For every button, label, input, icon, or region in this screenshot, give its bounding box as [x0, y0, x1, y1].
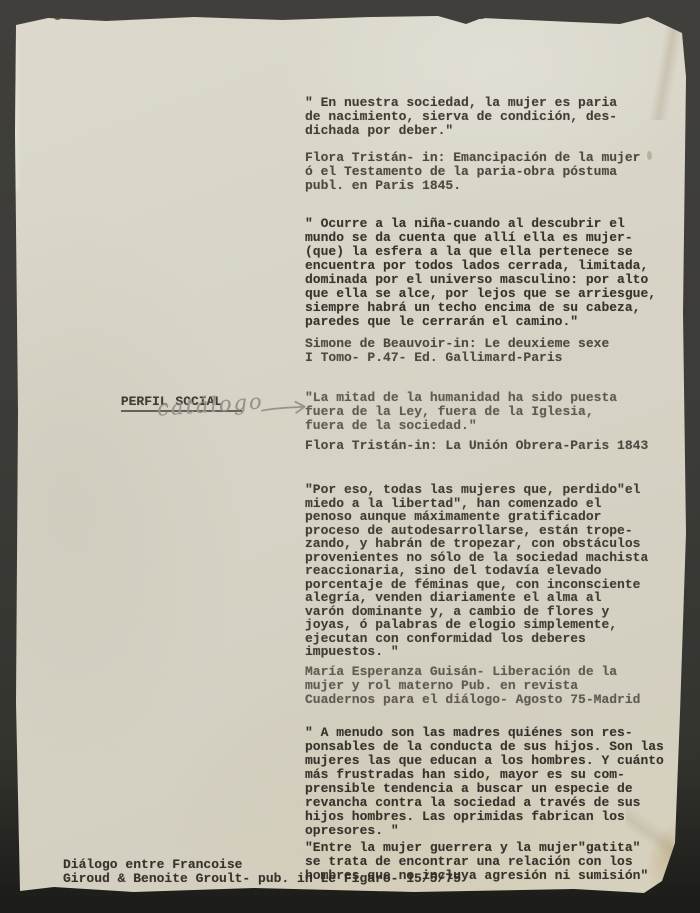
paper-speck	[54, 15, 61, 20]
handwritten-note-catalogo: catálogo	[156, 390, 264, 419]
source-maria-esperanza-guisan: María Esperanza Guisán- Liberación de la…	[305, 665, 640, 707]
quote-simone-de-beauvoir: " Ocurre a la niña-cuando al descubrir e…	[305, 217, 656, 329]
paper-edge-highlight	[14, 41, 21, 191]
paper-speck	[610, 16, 618, 21]
quote-flora-tristan-paria: " En nuestra sociedad, la mujer es paria…	[305, 96, 617, 138]
paper-edge-nick	[469, 13, 487, 19]
quote-madres-responsables: " A menudo son las madres quiénes son re…	[305, 726, 664, 838]
scanned-page: " En nuestra sociedad, la mujer es paria…	[0, 0, 700, 913]
paper-speck	[647, 151, 652, 160]
paper-sheet: " En nuestra sociedad, la mujer es paria…	[14, 13, 686, 893]
quote-flora-tristan-humanidad: "La mitad de la humanidad ha sido puesta…	[305, 391, 617, 433]
source-flora-tristan-1845: Flora Tristán- in: Emancipación de la mu…	[305, 151, 640, 193]
quote-miedo-a-la-libertad: "Por eso, todas las mujeres que, perdido…	[305, 483, 648, 659]
footnote-giroud-groult: Diálogo entre Francoise Giroud & Benoite…	[63, 858, 461, 886]
source-flora-tristan-1843: Flora Tristán-in: La Unión Obrera-Paris …	[305, 439, 648, 453]
paper-fold-crease	[644, 25, 684, 120]
source-simone-de-beauvoir: Simone de Beauvoir-in: Le deuxieme sexe …	[305, 337, 609, 365]
